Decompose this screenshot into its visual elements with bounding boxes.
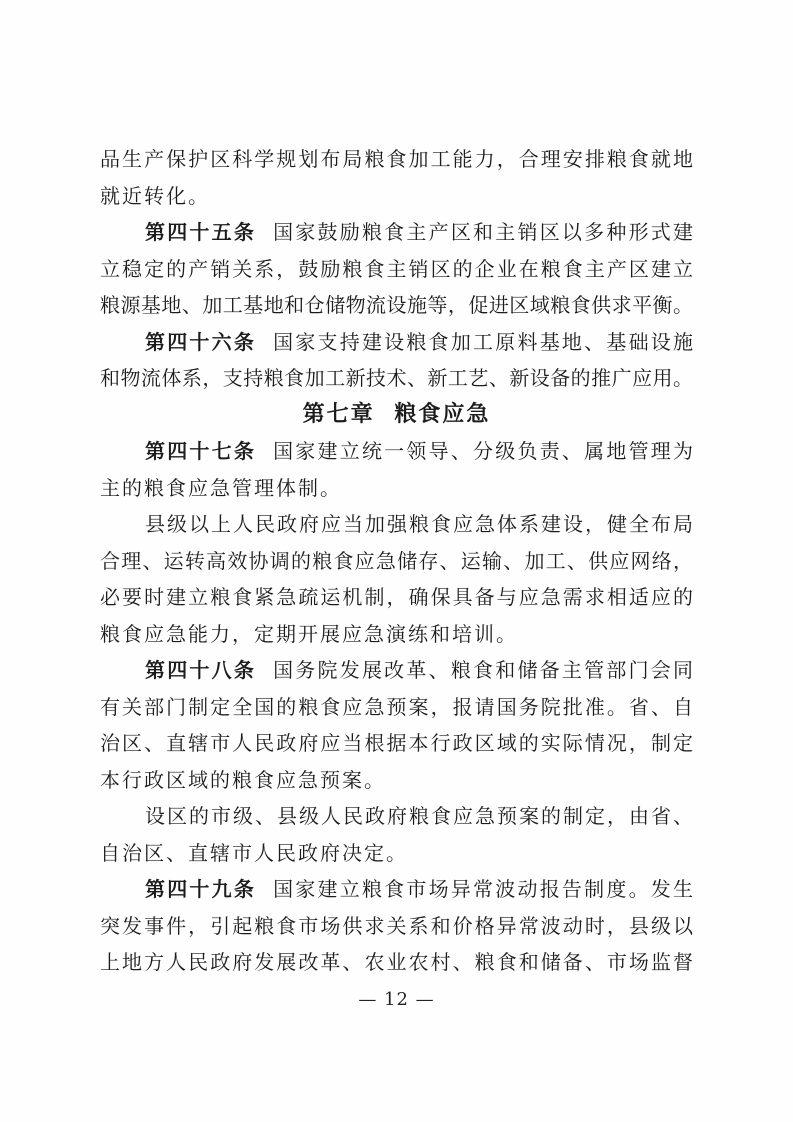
text-line-content: 立稳定的产销关系，鼓励粮食主销区的企业在粮食主产区建立 [100, 257, 693, 281]
text-line: 立稳定的产销关系，鼓励粮食主销区的企业在粮食主产区建立 [100, 251, 693, 288]
text-line: 本行政区域的粮食应急预案。 [100, 762, 693, 799]
text-line-content: 国务院发展改革、粮食和储备主管部门会同 [273, 658, 693, 682]
text-line: 主的粮食应急管理体制。 [100, 470, 693, 507]
text-line-content: 粮源基地、加工基地和仓储物流设施等，促进区域粮食供求平衡。 [100, 293, 693, 317]
text-line-content: 县级以上人民政府应当加强粮食应急体系建设，健全布局 [145, 512, 693, 536]
text-line-content: 国家支持建设粮食加工原料基地、基础设施 [273, 330, 693, 354]
text-line: 粮源基地、加工基地和仓储物流设施等，促进区域粮食供求平衡。 [100, 287, 693, 324]
text-line-content: 必要时建立粮食紧急疏运机制，确保具备与应急需求相适应的 [100, 585, 693, 609]
article-number-label: 第四十九条 [145, 877, 256, 901]
text-line-content: 合理、运转高效协调的粮食应急储存、运输、加工、供应网络， [100, 549, 693, 573]
article-number-label: 第四十五条 [145, 220, 256, 244]
text-line-content: 本行政区域的粮食应急预案。 [100, 768, 386, 792]
chapter-heading: 第七章粮食应急 [100, 397, 693, 434]
text-line: 第四十八条国务院发展改革、粮食和储备主管部门会同 [100, 652, 693, 689]
article-number-label: 第四十七条 [145, 439, 256, 463]
document-page: 品生产保护区科学规划布局粮食加工能力，合理安排粮食就地就近转化。第四十五条国家鼓… [0, 0, 793, 1122]
text-line-content: 有关部门制定全国的粮食应急预案，报请国务院批准。省、自 [100, 695, 693, 719]
text-line-content: 国家建立粮食市场异常波动报告制度。发生 [273, 877, 693, 901]
text-line: 必要时建立粮食紧急疏运机制，确保具备与应急需求相适应的 [100, 579, 693, 616]
text-line-content: 设区的市级、县级人民政府粮食应急预案的制定，由省、 [145, 804, 693, 828]
text-line: 自治区、直辖市人民政府决定。 [100, 835, 693, 872]
text-line: 和物流体系，支持粮食加工新技术、新工艺、新设备的推广应用。 [100, 360, 693, 397]
article-number-label: 第四十六条 [145, 330, 256, 354]
text-line: 第四十七条国家建立统一领导、分级负责、属地管理为 [100, 433, 693, 470]
article-number-label: 第四十八条 [145, 658, 256, 682]
text-line: 突发事件，引起粮食市场供求关系和价格异常波动时，县级以 [100, 908, 693, 945]
text-line-content: 国家建立统一领导、分级负责、属地管理为 [273, 439, 693, 463]
text-line: 上地方人民政府发展改革、农业农村、粮食和储备、市场监督 [100, 944, 693, 981]
text-line: 第四十九条国家建立粮食市场异常波动报告制度。发生 [100, 871, 693, 908]
text-line: 合理、运转高效协调的粮食应急储存、运输、加工、供应网络， [100, 543, 693, 580]
text-line: 治区、直辖市人民政府应当根据本行政区域的实际情况，制定 [100, 725, 693, 762]
text-line: 品生产保护区科学规划布局粮食加工能力，合理安排粮食就地 [100, 141, 693, 178]
text-line-content: 品生产保护区科学规划布局粮食加工能力，合理安排粮食就地 [100, 147, 693, 171]
text-line: 县级以上人民政府应当加强粮食应急体系建设，健全布局 [100, 506, 693, 543]
text-line: 就近转化。 [100, 178, 693, 215]
chapter-title: 粮食应急 [394, 402, 490, 427]
text-line-content: 粮食应急能力，定期开展应急演练和培训。 [100, 622, 518, 646]
text-line: 第四十五条国家鼓励粮食主产区和主销区以多种形式建 [100, 214, 693, 251]
text-line: 设区的市级、县级人民政府粮食应急预案的制定，由省、 [100, 798, 693, 835]
text-line-content: 国家鼓励粮食主产区和主销区以多种形式建 [273, 220, 693, 244]
text-line-content: 就近转化。 [100, 184, 210, 208]
text-line-content: 治区、直辖市人民政府应当根据本行政区域的实际情况，制定 [100, 731, 693, 755]
chapter-number: 第七章 [303, 402, 375, 427]
text-line-content: 和物流体系，支持粮食加工新技术、新工艺、新设备的推广应用。 [100, 366, 693, 390]
text-line-content: 主的粮食应急管理体制。 [100, 476, 342, 500]
page-number: — 12 — [0, 989, 793, 1010]
text-line: 有关部门制定全国的粮食应急预案，报请国务院批准。省、自 [100, 689, 693, 726]
text-line: 第四十六条国家支持建设粮食加工原料基地、基础设施 [100, 324, 693, 361]
text-line-content: 突发事件，引起粮食市场供求关系和价格异常波动时，县级以 [100, 914, 693, 938]
document-text-block: 品生产保护区科学规划布局粮食加工能力，合理安排粮食就地就近转化。第四十五条国家鼓… [100, 141, 693, 981]
text-line: 粮食应急能力，定期开展应急演练和培训。 [100, 616, 693, 653]
text-line-content: 上地方人民政府发展改革、农业农村、粮食和储备、市场监督 [100, 950, 693, 974]
text-line-content: 自治区、直辖市人民政府决定。 [100, 841, 408, 865]
